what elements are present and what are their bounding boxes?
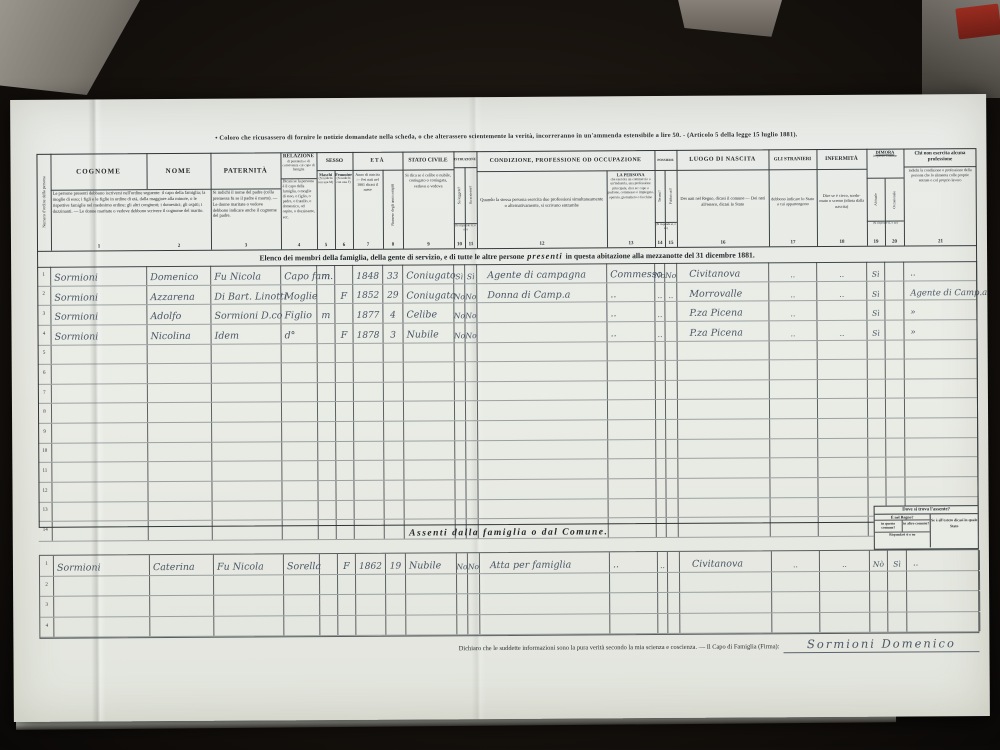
cell [608,400,656,419]
cell [666,479,678,498]
cell [907,571,980,591]
cell: Civitanova [677,262,769,281]
cell [284,595,320,615]
cell: » [904,320,977,339]
cell [212,422,282,441]
cell [870,592,888,612]
cell [148,442,212,461]
cell [466,460,478,479]
cell: .. [772,551,820,571]
cell [282,402,318,421]
column-title-istruzione: ISTRUZIONE [453,151,476,167]
cell [318,481,336,500]
chi-non-esercita-note: indichi la condizione o professione dell… [904,167,977,233]
cell: 1862 [356,554,386,574]
cell [318,402,336,421]
cell [468,574,480,594]
cell: Fu Nicola [214,554,284,574]
grid-line [454,223,477,224]
cell [149,501,213,520]
cell [478,342,608,361]
cell [356,615,386,635]
cell [213,501,283,520]
cell [318,422,336,441]
fabbricati-label: Fabbricati? [665,171,677,221]
column-title-infermita: INFERMITÀ [816,149,866,169]
cell: 13 [39,502,53,521]
cell [678,380,770,399]
cell [666,420,678,439]
cell [466,421,478,440]
cell: 4 [37,326,51,345]
cell [284,575,320,595]
cell [457,594,468,614]
cell [466,402,478,421]
column-number: 12 [477,241,607,247]
cell [356,574,386,594]
cell: 4 [383,304,403,323]
cell [656,381,666,400]
cell: 1852 [353,284,383,303]
cell [318,344,336,363]
cell [386,615,406,635]
cell [885,320,904,339]
cell [384,480,404,499]
cell: m [317,304,335,323]
cell [317,324,335,343]
column-number: 16 [677,240,769,246]
cell: 6 [38,365,52,384]
cell [335,265,353,284]
cell [478,479,608,498]
cell: .. [610,552,658,572]
cell [354,481,384,500]
cell [318,461,336,480]
cell [772,572,820,592]
cell [770,341,818,360]
grid-line [655,222,677,223]
cell [905,359,978,378]
present-rows-table: 1SormioniDomenicoFu NicolaCapo fam.m1848… [37,261,979,541]
column-number: 19 [867,240,885,245]
cell [680,613,772,633]
cell: No [465,284,477,303]
cell [658,572,668,592]
la-persona-note: che esercita un commercio o un'industria… [607,177,655,199]
cell: No [454,303,465,322]
cell: .. [817,321,867,340]
cell [905,418,978,437]
cell [666,400,678,419]
cell [282,442,318,461]
cell [656,420,666,439]
cell [609,499,657,518]
cell: .. [820,551,870,571]
cell [320,595,338,615]
cell: 10 [38,443,52,462]
cell: Nicolina [147,325,211,344]
red-object-top-right [955,3,1000,39]
cell [335,304,353,323]
cell [354,441,384,460]
cell [668,593,680,613]
column-number: 4 [281,243,317,248]
cell: .. [655,302,665,321]
cell [678,400,770,419]
cell: Coniugata [403,284,454,303]
cell [54,576,150,596]
cell [282,344,318,363]
column-number: 2 [147,244,211,249]
cell [817,301,867,320]
cell: Commesso [607,263,655,282]
cell: Sorella [284,554,320,574]
cell [54,596,150,616]
cell [480,614,610,634]
cell [610,573,658,593]
cell [478,460,608,479]
cell: Sormioni D.co [211,305,281,324]
cell [338,615,356,635]
cell: 12 [38,483,52,502]
column-number: 9 [403,242,454,247]
cell: .. [607,322,655,341]
cell: Caterina [150,555,214,575]
cell: Azzarena [147,285,211,304]
column-title-nome: NOME [146,153,210,189]
cell [336,442,354,461]
cell [868,340,886,359]
cell [885,281,904,300]
cell [477,322,607,341]
cell [52,404,148,423]
cell [384,441,404,460]
cell [868,478,886,497]
cell [455,343,466,362]
cell: No [465,303,477,322]
cell: 9 [38,424,52,443]
cell [679,498,771,517]
occasionale-label: Occasionale [885,179,904,221]
cell: Sì [867,301,885,320]
cell [656,361,666,380]
column-title-chi-non-esercita: Chi non esercita alcuna professione [903,148,976,166]
cell [404,421,455,440]
cell [148,384,212,403]
cell [455,460,466,479]
column-title-possiede: POSSIEDE [654,150,676,170]
cell [886,438,905,457]
cell: 1 [40,556,54,576]
cell [386,595,406,615]
present-list-title-suffix: in questa abitazione alla mezzanotte del… [566,250,755,260]
cell [148,364,212,383]
column-number: 21 [904,239,977,244]
cell [868,379,886,398]
cell: Sormioni [51,305,147,324]
cell [886,458,905,477]
cell: 2 [40,576,54,596]
cell: F [338,554,356,574]
cell [466,343,478,362]
cell: 5 [38,345,52,364]
absent-rows-table: 1SormioniCaterinaFu NicolaSorellaF186219… [39,549,979,639]
cell [404,402,455,421]
cell: Agente di campagna [477,263,607,282]
row-index-column-label: Numero d'ordine della persona [36,154,51,251]
cell [455,382,466,401]
cell [477,303,607,322]
cell [52,384,148,403]
cell [212,363,282,382]
cell [770,478,818,497]
cell: Domenico [147,266,211,285]
cell [907,612,980,632]
cell [886,379,905,398]
cell [212,344,282,363]
grid-line [867,221,904,222]
cell: Nubile [403,323,454,342]
cell: 1848 [353,265,383,284]
cell: 33 [383,265,403,284]
cell [678,419,770,438]
cell [678,459,770,478]
cell [818,438,868,457]
cell: Atta per famiglia [480,552,610,572]
cell [886,399,905,418]
stranieri-note: debbono indicare lo Stato a cui apparten… [769,171,817,231]
cell [770,458,818,477]
cell [818,478,868,497]
cell [404,441,455,460]
cell [608,420,656,439]
cell [772,592,820,612]
cell [52,345,148,364]
cell: 1878 [353,324,383,343]
cell: Sì [888,551,907,571]
cell [770,399,818,418]
cell: No [457,553,468,573]
cell [886,419,905,438]
cell: 19 [386,554,406,574]
column-title-luogo-nascita: LUOGO DI NASCITA [676,149,768,170]
cell [886,477,905,496]
cell [468,615,480,635]
cell: 3 [37,306,51,325]
cell: 4 [40,617,54,637]
cell [656,459,666,478]
penalty-notice: • Coloro che ricusassero di fornire le n… [36,130,976,143]
cell [336,383,354,402]
cell [404,480,455,499]
cell [678,341,770,360]
cell: No [655,263,665,282]
cell [148,403,212,422]
dimora-subtitle: in questo Comune [866,155,903,159]
sa-scrivere-label: Sa scrivere? [465,168,477,222]
cell [608,342,656,361]
cell [770,380,818,399]
cell [282,383,318,402]
cell [404,461,455,480]
cell: Capo fam. [281,265,317,284]
cell [150,575,214,595]
column-title-stranieri: GLI STRANIERI [768,149,816,169]
cell [455,362,466,381]
cell [282,363,318,382]
cell: Sì [867,281,885,300]
cell [657,498,667,517]
cell: .. [655,322,665,341]
cell [336,461,354,480]
cell: Agente di Camp.a [904,281,977,300]
cell: Idem [211,324,281,343]
cell [770,439,818,458]
cell [678,478,770,497]
cell: 3 [40,597,54,617]
cell: Sì [867,321,885,340]
column-number: 10 [454,242,465,247]
grid-line [655,170,677,171]
column-title-condizione: CONDIZIONE, PROFESSIONE OD OCCUPAZIONE [476,150,654,171]
cell [354,363,384,382]
cell [818,360,868,379]
cell: Sormioni [51,325,147,344]
cell: No [465,323,477,342]
cell: 3 [383,323,403,342]
cell: Sormioni [51,286,147,305]
cell: .. [607,283,655,302]
cell [406,615,457,635]
cell [320,574,338,594]
grid-line [281,178,317,179]
cell [212,481,282,500]
cell: .. [665,283,677,302]
photo-of-census-sheet: • Coloro che ricusassero di fornire le n… [0,0,1000,750]
cell: Moglie [281,285,317,304]
grid-line [867,178,904,179]
cell [319,501,337,520]
cell: Nubile [406,553,457,573]
cell [905,340,978,359]
column-title-eta: ETÀ [352,152,402,170]
cell: Nò [870,551,888,571]
cell [212,442,282,461]
cell [384,382,404,401]
cell [457,574,468,594]
cell [905,438,978,457]
cell [384,343,404,362]
column-title-paternita: PATERNITÀ [210,152,280,188]
cell [320,615,338,635]
cell [820,612,870,632]
column-title-sesso: SESSO [316,152,352,170]
cell: .. [769,262,817,281]
infermita-note: Dire se è cieco, sordo-muto o scemo (idi… [817,171,867,231]
cell [885,301,904,320]
cell [668,552,680,572]
cell [888,592,907,612]
cell [384,422,404,441]
present-list-title-emphasis: presenti [527,251,563,260]
cell [283,501,319,520]
cell [905,457,978,476]
grid-line [146,153,147,189]
cell [148,423,212,442]
paternita-note: Si indichi il nome del padre (colla prem… [211,188,281,239]
cell [214,575,284,595]
cell: Civitanova [680,551,772,571]
cell: Adolfo [147,305,211,324]
cell [770,360,818,379]
cell: Donna di Camp.a [477,283,607,302]
cell [668,613,680,633]
cell [665,322,677,341]
cell [282,422,318,441]
cell [905,398,978,417]
cell [478,381,608,400]
column-number: 1 [51,244,147,250]
cell [466,441,478,460]
cell [868,438,886,457]
cell [772,613,820,633]
cell [678,360,770,379]
cell [212,462,282,481]
column-number: 5 [317,243,335,248]
cell [608,479,656,498]
cell [338,574,356,594]
cell [282,461,318,480]
cell [771,498,819,517]
cell [678,439,770,458]
cell [888,612,907,632]
cell [148,482,212,501]
cell [466,480,478,499]
abituale-label: Abituale [867,179,885,221]
cell [148,344,212,363]
cell [455,441,466,460]
grid-line [454,167,477,168]
cell [888,571,907,591]
cell: Morrovalle [677,282,769,301]
cell [52,364,148,383]
cell [666,341,678,360]
column-number: 15 [665,241,677,246]
column-number: 17 [769,240,817,245]
cell [666,440,678,459]
present-list-title-prefix: Elenco dei membri della famiglia, della … [259,251,524,262]
cell [466,362,478,381]
cell: 29 [383,284,403,303]
cell [610,593,658,613]
cell [384,402,404,421]
cell [457,615,468,635]
cell: .. [907,550,980,570]
cell [818,419,868,438]
column-number: 3 [211,243,281,248]
cell [468,594,480,614]
cell: Fu Nicola [211,265,281,284]
cell [478,420,608,439]
cell [666,459,678,478]
stato-civile-note: Si dica se è celibe o nubile, coniugato … [403,171,454,238]
cell: .. [904,261,977,280]
cell [354,343,384,362]
cell: Sormioni [54,555,150,575]
column-title-stato-civile: STATO CIVILE [402,151,453,169]
cell: Figlio [281,304,317,323]
cell [610,614,658,634]
